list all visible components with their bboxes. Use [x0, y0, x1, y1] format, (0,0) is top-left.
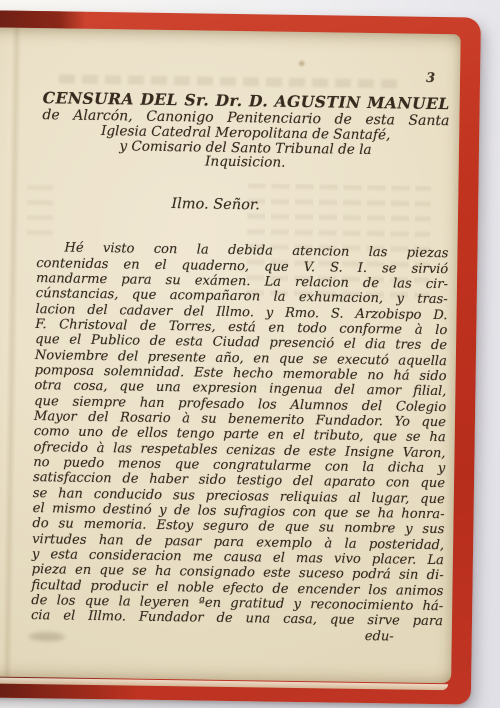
- page-number: 3: [426, 71, 435, 86]
- book-cover: 3 CENSURA DEL Sr. Dr. D. AGUSTIN MANUELd…: [0, 10, 481, 704]
- book-page: 3 CENSURA DEL Sr. Dr. D. AGUSTIN MANUELd…: [0, 27, 461, 683]
- censura-heading: CENSURA DEL Sr. Dr. D. AGUSTIN MANUELde …: [42, 88, 450, 173]
- photo-backdrop: 3 CENSURA DEL Sr. Dr. D. AGUSTIN MANUELd…: [0, 0, 500, 708]
- page-content: 3 CENSURA DEL Sr. Dr. D. AGUSTIN MANUELd…: [0, 27, 461, 683]
- body-text: Hé visto con la debida atencion las piez…: [31, 240, 449, 630]
- salutation: Ilmo. Señor.: [0, 193, 458, 216]
